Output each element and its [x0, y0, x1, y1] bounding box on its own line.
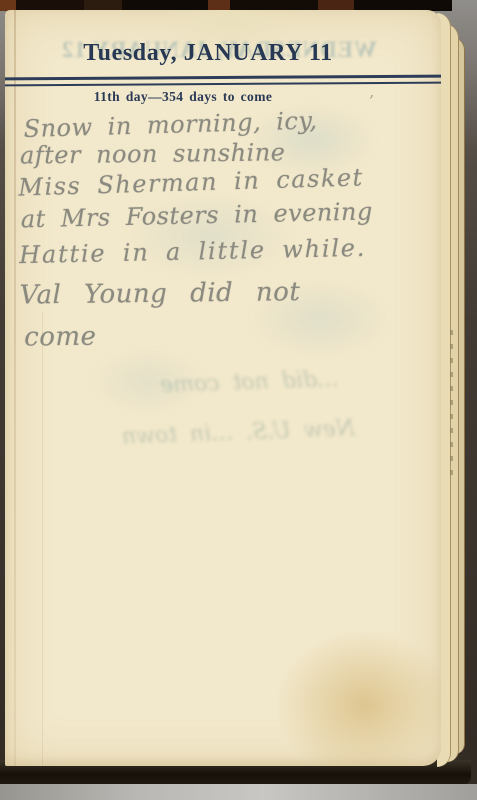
handwriting-line: Hattie in a little while. [19, 234, 367, 269]
page-crease [14, 10, 16, 766]
scanned-diary-photo: WEDNESDAY, JANUARY 12 Tuesday, JANUARY 1… [0, 0, 477, 800]
handwriting-line: come [24, 322, 97, 353]
handwriting-line: Val Young did not [20, 277, 301, 310]
diary-entry: Snow in morning, icy, after noon sunshin… [17, 105, 440, 370]
double-rule [5, 75, 441, 87]
day-count-subtitle: 11th day—354 days to come [5, 89, 361, 105]
handwriting-line: after noon sunshine [20, 138, 286, 169]
handwriting-line: at Mrs Fosters in evening [20, 197, 373, 233]
page-edge-ink-marks [450, 330, 453, 480]
page-title: Tuesday, JANUARY 11 [5, 40, 411, 67]
corner-stain [275, 630, 441, 766]
bleed-through-line: New U.S. …in town [25, 416, 356, 453]
handwriting-line: Miss Sherman in casket [18, 163, 364, 201]
bleed-through-line: …did not come [39, 367, 340, 402]
scanner-bed-strip [0, 784, 477, 800]
diary-page: WEDNESDAY, JANUARY 12 Tuesday, JANUARY 1… [5, 10, 441, 766]
